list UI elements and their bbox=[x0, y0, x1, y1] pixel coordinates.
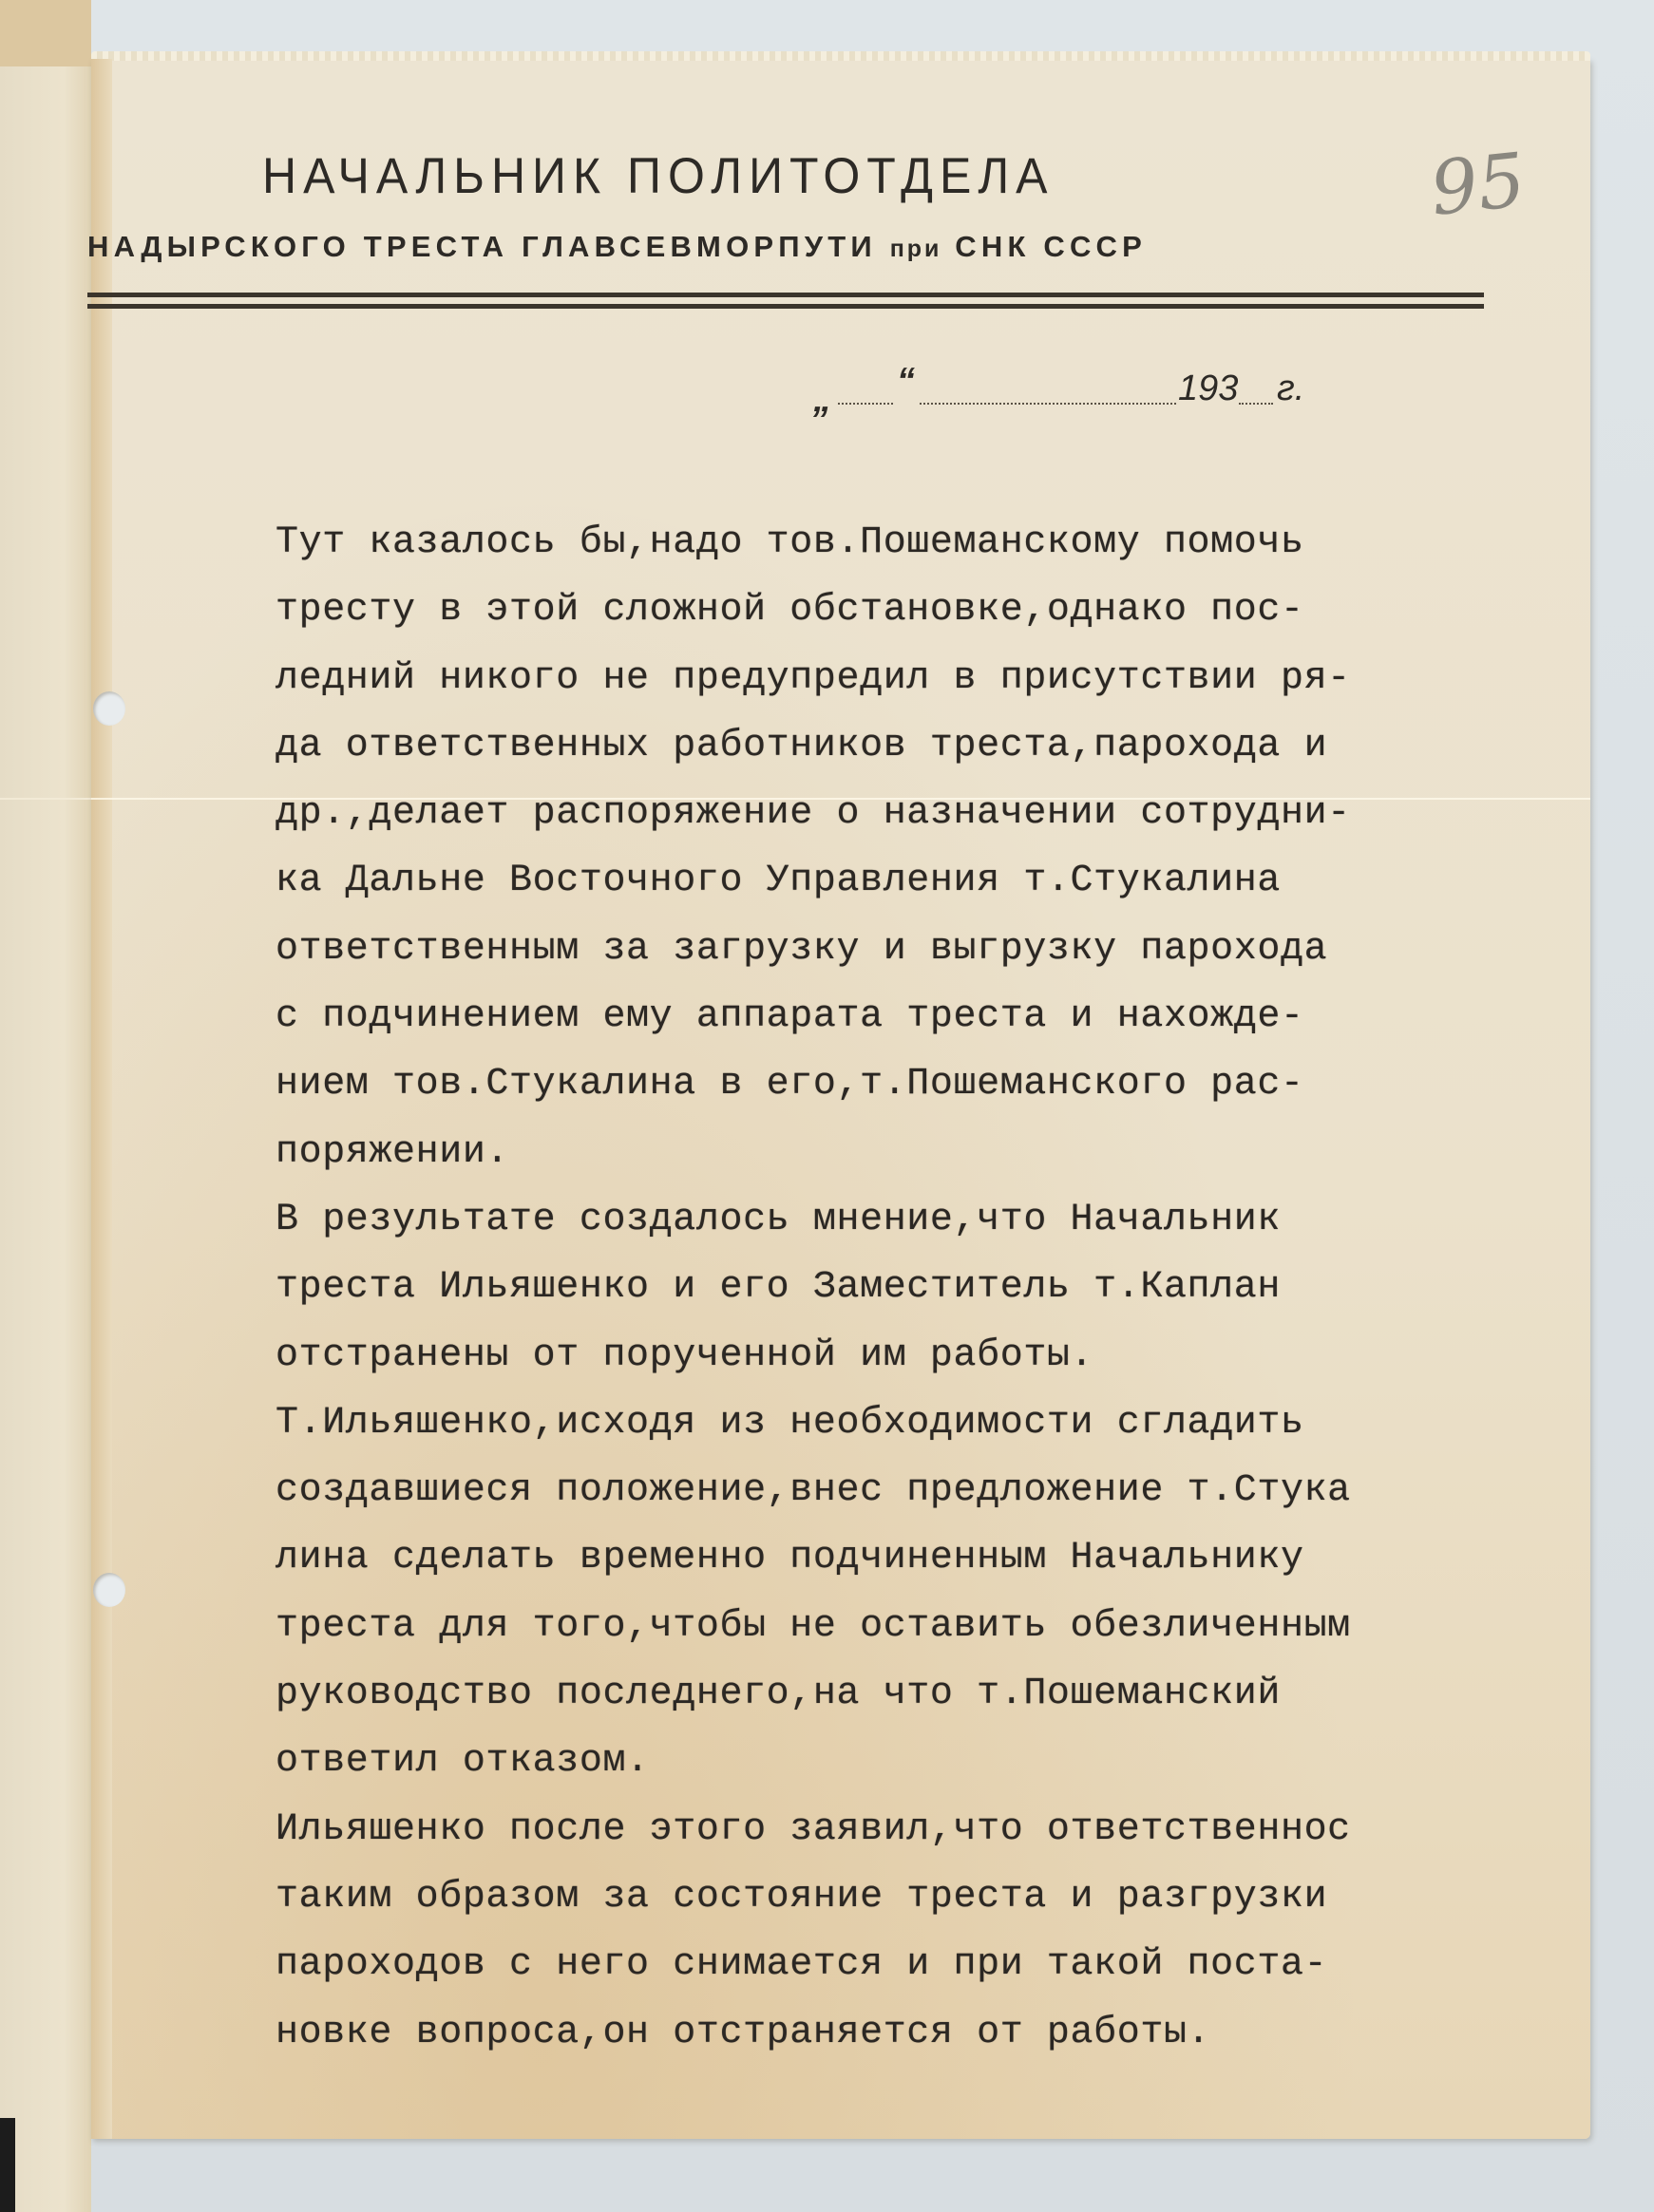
date-line: „ “ 193 г. bbox=[813, 365, 1583, 412]
body-line: Ильяшенко после этого заявил,что ответст… bbox=[276, 1796, 1587, 1863]
letterhead-subtitle: НАДЫРСКОГО ТРЕСТА ГЛАВСЕВМОРПУТИ при СНК… bbox=[87, 230, 1512, 264]
document-sheet: НАЧАЛЬНИК ПОЛИТОТДЕЛА НАДЫРСКОГО ТРЕСТА … bbox=[91, 59, 1590, 2139]
date-close-quote: “ bbox=[897, 361, 915, 402]
previous-page-top bbox=[0, 0, 91, 66]
body-line: лина сделать временно подчиненным Началь… bbox=[276, 1524, 1587, 1592]
body-line: др.,делает распоряжение о назначении сот… bbox=[276, 780, 1587, 847]
body-line: отстранены от порученной им работы. bbox=[276, 1322, 1587, 1390]
body-line: пароходов с него снимается и при такой п… bbox=[276, 1931, 1587, 1998]
body-line: руководство последнего,на что т.Пошеманс… bbox=[276, 1660, 1587, 1728]
body-line: Т.Ильяшенко,исходя из необходимости сгла… bbox=[276, 1390, 1587, 1457]
date-year-suffix: г. bbox=[1277, 369, 1304, 409]
letterhead-subtitle-pri: при bbox=[890, 236, 942, 262]
binding-fold bbox=[91, 59, 112, 2139]
body-line: ответственным за загрузку и выгрузку пар… bbox=[276, 916, 1587, 983]
punch-hole bbox=[93, 1573, 125, 1607]
letterhead-subtitle-end: СНК СССР bbox=[955, 230, 1147, 263]
body-line: с подчинением ему аппарата треста и нахо… bbox=[276, 983, 1587, 1050]
letterhead-rule bbox=[87, 293, 1484, 297]
body-line: новке вопроса,он отстраняется от работы. bbox=[276, 1999, 1587, 2067]
body-line: тресту в этой сложной обстановке,однако … bbox=[276, 577, 1587, 644]
previous-page-crease bbox=[0, 798, 91, 800]
date-day-blank bbox=[838, 403, 893, 405]
body-line: ка Дальне Восточного Управления т.Стукал… bbox=[276, 847, 1587, 915]
body-line: Тут казалось бы,надо тов.Пошеманскому по… bbox=[276, 509, 1587, 577]
body-line: нием тов.Стукалина в его,т.Пошеманского … bbox=[276, 1050, 1587, 1118]
handwritten-page-number: 95 bbox=[1427, 138, 1530, 233]
previous-page-edge bbox=[0, 0, 91, 2212]
body-line: ледний никого не предупредил в присутств… bbox=[276, 645, 1587, 712]
date-year-blank bbox=[1239, 403, 1273, 405]
letterhead-title: НАЧАЛЬНИК ПОЛИТОТДЕЛА bbox=[262, 147, 1402, 205]
date-open-quote: „ bbox=[813, 380, 831, 421]
date-month-blank bbox=[920, 403, 1176, 405]
body-line: треста Ильяшенко и его Заместитель т.Кап… bbox=[276, 1254, 1587, 1321]
letterhead-subtitle-main: НАДЫРСКОГО ТРЕСТА ГЛАВСЕВМОРПУТИ bbox=[87, 230, 877, 263]
body-line: создавшиеся положение,внес предложение т… bbox=[276, 1457, 1587, 1524]
body-line: треста для того,чтобы не оставить обезли… bbox=[276, 1593, 1587, 1660]
body-line: да ответственных работников треста,парох… bbox=[276, 712, 1587, 780]
body-line: таким образом за состояние треста и разг… bbox=[276, 1863, 1587, 1931]
date-year-prefix: 193 bbox=[1178, 369, 1238, 409]
letterhead-rule bbox=[87, 304, 1484, 309]
body-line: В результате создалось мнение,что Началь… bbox=[276, 1186, 1587, 1254]
body-line: ответил отказом. bbox=[276, 1728, 1587, 1795]
typewritten-body: Тут казалось бы,надо тов.Пошеманскому по… bbox=[276, 509, 1587, 2067]
scanner-dark-edge bbox=[0, 2118, 15, 2212]
body-line: поряжении. bbox=[276, 1119, 1587, 1186]
punch-hole bbox=[93, 691, 125, 726]
